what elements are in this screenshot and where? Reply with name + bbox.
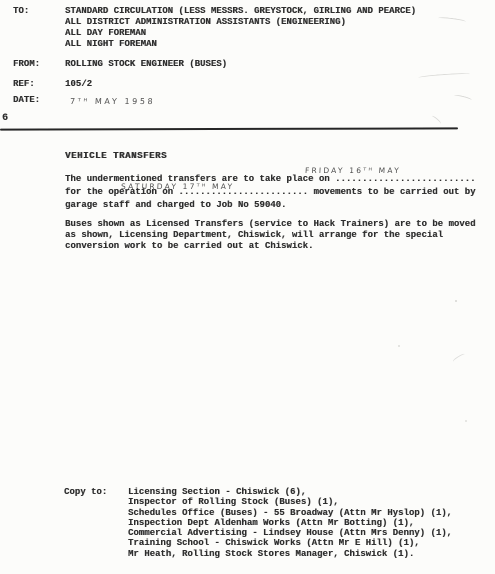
memo-subject-heading: VEHICLE TRANSFERS xyxy=(65,151,167,161)
line2-typed-suffix: movements to be carried out by xyxy=(308,187,475,197)
from-value: ROLLING STOCK ENGINEER (BUSES) xyxy=(65,59,227,69)
scan-artifact xyxy=(465,420,467,422)
to-line: ALL DAY FOREMAN xyxy=(65,28,416,39)
paragraph-line: for the operation on ...................… xyxy=(65,185,475,198)
copy-to-item: Licensing Section - Chiswick (6), xyxy=(128,487,452,497)
copy-to-item: Schedules Office (Buses) - 55 Broadway (… xyxy=(128,508,452,518)
scan-artifact xyxy=(452,353,466,364)
scan-artifact xyxy=(398,345,400,347)
copy-to-item: Inspection Dept Aldenham Works (Attn Mr … xyxy=(128,518,452,528)
copy-to-list: Licensing Section - Chiswick (6), Inspec… xyxy=(128,487,452,559)
paragraph-line: garage staff and charged to Job No 59040… xyxy=(65,198,475,211)
ref-label: REF: xyxy=(13,79,35,89)
date-handwritten-value: 7ᵀᴴ MAY 1958 xyxy=(70,97,156,106)
copy-to-label: Copy to: xyxy=(64,487,107,497)
scan-artifact xyxy=(454,94,472,102)
paragraph-transfer-instructions: The undermentioned transfers are to take… xyxy=(65,172,475,211)
from-label: FROM: xyxy=(13,59,40,69)
to-line: ALL DISTRICT ADMINISTRATION ASSISTANTS (… xyxy=(65,17,416,28)
horizontal-rule xyxy=(0,127,458,130)
copy-to-item: Commercial Advertising - Lindsey House (… xyxy=(128,528,452,538)
handwritten-date-friday: FRIDAY 16ᵀᴴ MAY xyxy=(305,165,401,176)
line3-typed-text: garage staff and charged to Job No 59040… xyxy=(65,200,286,210)
scan-artifact xyxy=(455,300,457,302)
memo-document-page: TO: STANDARD CIRCULATION (LESS MESSRS. G… xyxy=(0,0,495,574)
paragraph-licensed-transfers: Buses shown as Licensed Transfers (servi… xyxy=(65,219,485,252)
to-line: STANDARD CIRCULATION (LESS MESSRS. GREYS… xyxy=(65,6,416,17)
ref-value: 105/2 xyxy=(65,79,92,89)
copy-to-item: Inspector of Rolling Stock (Buses) (1), xyxy=(128,497,452,507)
page-margin-number: 6 xyxy=(2,112,8,126)
date-label: DATE: xyxy=(13,95,40,105)
scan-artifact xyxy=(418,72,470,80)
handwritten-date-saturday: SATURDAY 17ᵀᴴ MAY xyxy=(121,181,235,192)
scan-artifact xyxy=(430,115,442,126)
to-line: ALL NIGHT FOREMAN xyxy=(65,39,416,50)
copy-to-item: Training School - Chiswick Works (Attn M… xyxy=(128,538,452,548)
copy-to-item: Mr Heath, Rolling Stock Stores Manager, … xyxy=(128,549,452,559)
to-label: TO: xyxy=(13,6,29,16)
scan-artifact xyxy=(438,16,466,23)
